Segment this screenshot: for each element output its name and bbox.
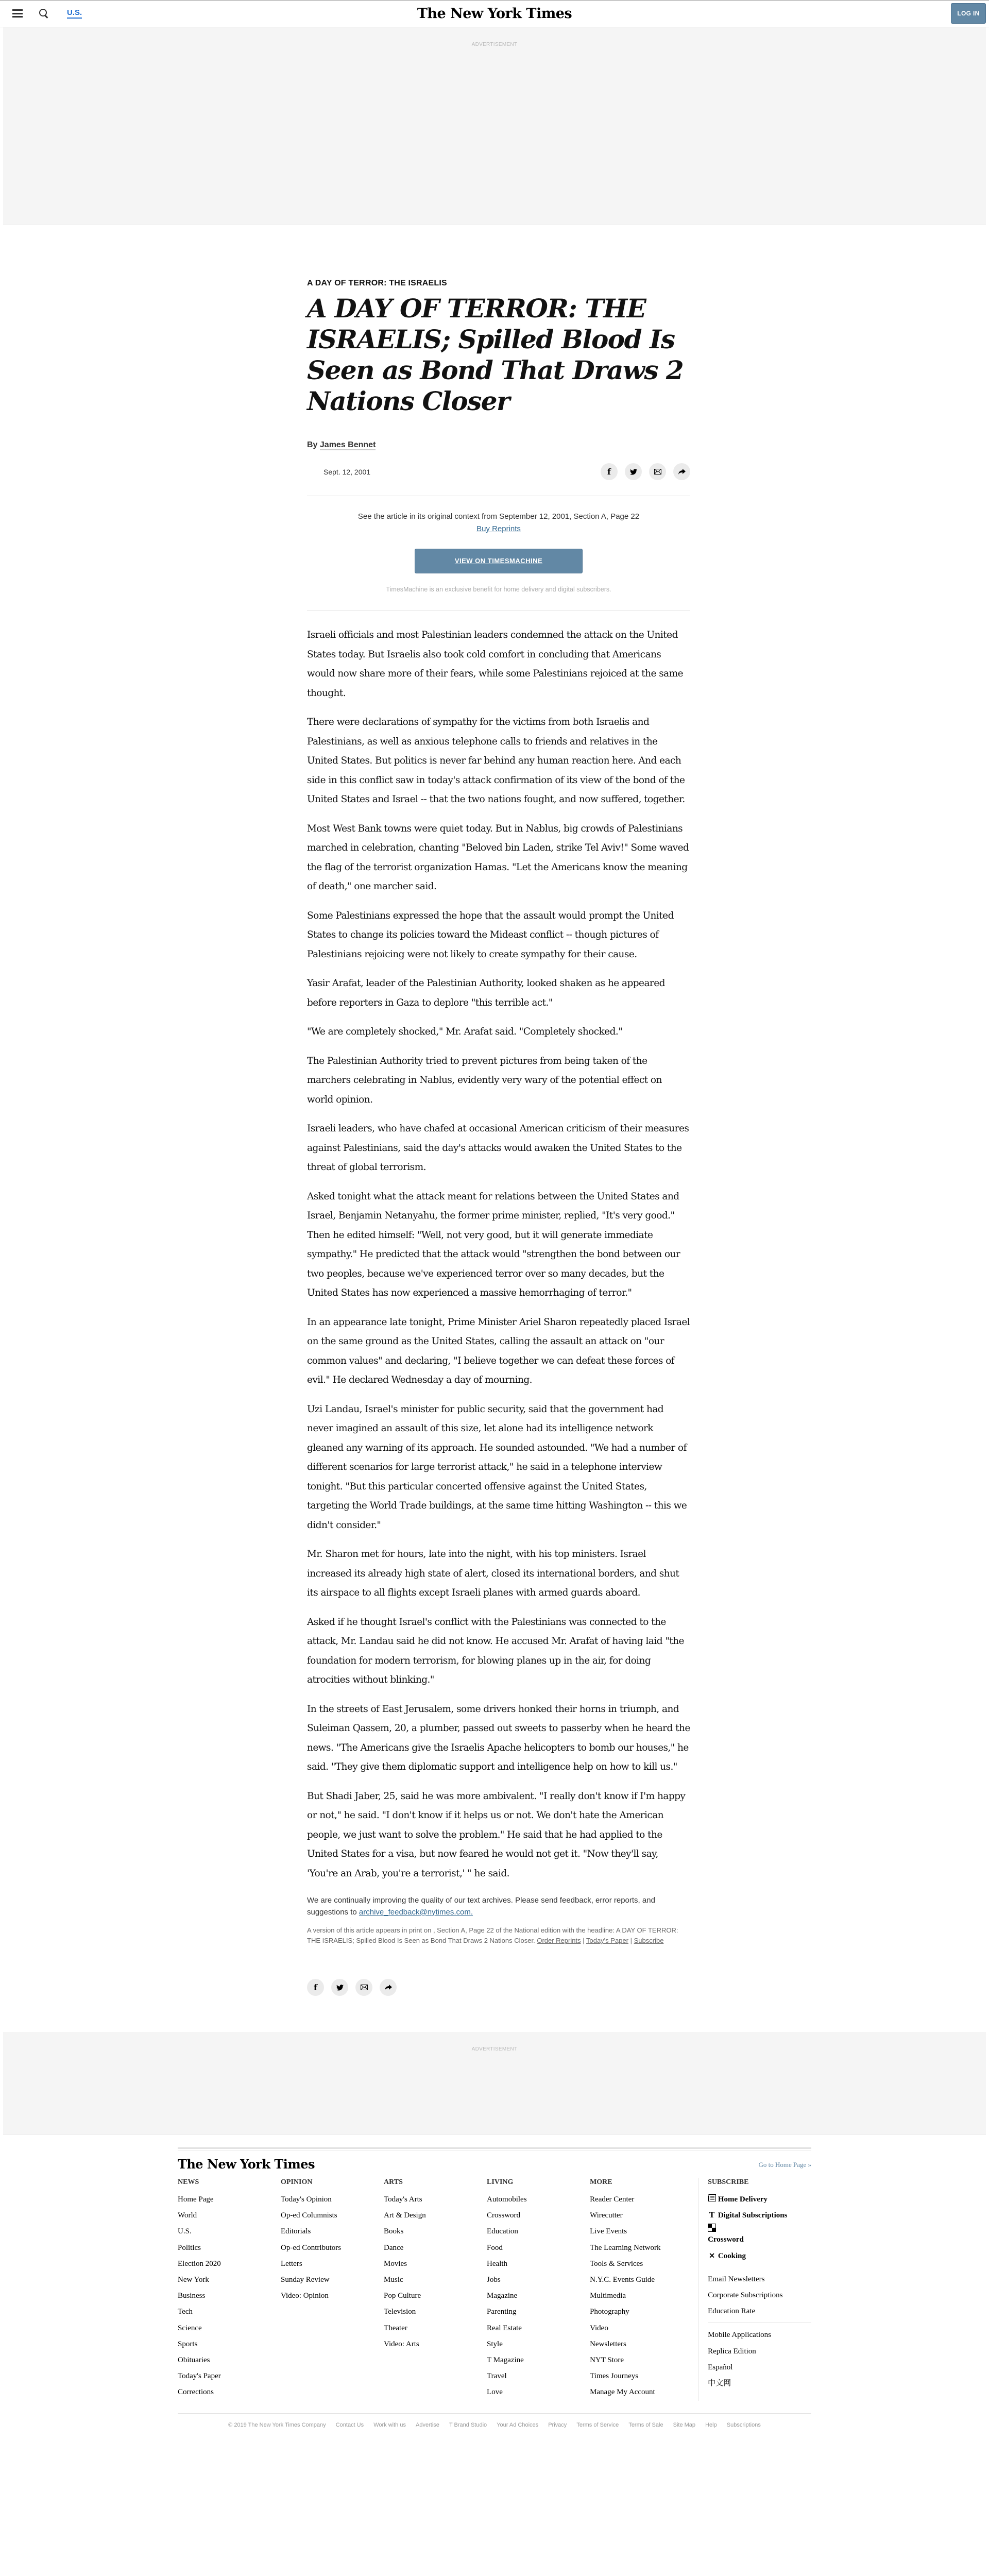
footer-bottom-link[interactable]: Your Ad Choices <box>497 2422 538 2428</box>
footer-bottom-bar: © 2019 The New York Times Company Contac… <box>178 2413 811 2449</box>
section-link-us[interactable]: U.S. <box>67 8 82 19</box>
archive-feedback: We are continually improving the quality… <box>307 1894 690 1918</box>
top-advertisement: ADVERTISEMENT <box>3 27 986 225</box>
divider <box>307 496 690 496</box>
footer-link[interactable]: Business <box>178 2288 281 2304</box>
footer-link[interactable]: Live Events <box>590 2224 693 2240</box>
footer-link[interactable]: Health <box>487 2256 590 2272</box>
paragraph: Some Palestinians expressed the hope tha… <box>307 906 690 964</box>
footer-link[interactable]: Jobs <box>487 2272 590 2288</box>
footer-column-subscribe: SUBSCRIBE Home Delivery T Digital Subscr… <box>698 2178 811 2401</box>
paragraph: "We are completely shocked," Mr. Arafat … <box>307 1022 690 1042</box>
footer-columns: NEWS Home Page World U.S. Politics Elect… <box>178 2178 811 2401</box>
email-icon[interactable] <box>355 1979 372 1996</box>
footer-column-title: MORE <box>590 2178 693 2187</box>
nyt-logo[interactable]: The New York Times <box>417 6 572 22</box>
footer-rule <box>178 2147 811 2149</box>
site-footer: The New York Times Go to Home Page » NEW… <box>178 2147 811 2449</box>
digital-subscriptions-link[interactable]: T Digital Subscriptions <box>708 2208 811 2224</box>
todays-paper-link[interactable]: Today's Paper <box>586 1937 628 1944</box>
footer-link[interactable]: Wirecutter <box>590 2208 693 2224</box>
view-on-timesmachine-button[interactable]: VIEW ON TIMESMACHINE <box>415 549 583 573</box>
footer-bottom-link[interactable]: Contact Us <box>336 2422 364 2428</box>
footer-link[interactable]: Newsletters <box>590 2336 693 2352</box>
footer-link[interactable]: Manage My Account <box>590 2384 693 2400</box>
search-icon[interactable] <box>38 8 49 19</box>
copyright: © 2019 The New York Times Company <box>228 2422 326 2428</box>
order-reprints-link[interactable]: Order Reprints <box>537 1937 581 1944</box>
masthead: U.S. The New York Times LOG IN <box>0 1 989 27</box>
timesmachine-label: VIEW ON TIMESMACHINE <box>455 557 542 565</box>
footer-link[interactable]: Travel <box>487 2368 590 2384</box>
footer-link[interactable]: Sunday Review <box>281 2272 384 2288</box>
footer-link[interactable]: Pop Culture <box>384 2288 487 2304</box>
paragraph: Most West Bank towns were quiet today. B… <box>307 819 690 896</box>
paragraph: In the streets of East Jerusalem, some d… <box>307 1700 690 1777</box>
footer-link[interactable]: Books <box>384 2224 487 2240</box>
footer-bottom-link[interactable]: Privacy <box>548 2422 567 2428</box>
paragraph: Israeli officials and most Palestinian l… <box>307 625 690 703</box>
footer-link[interactable]: Multimedia <box>590 2288 693 2304</box>
article-meta: Sept. 12, 2001 f <box>307 463 690 480</box>
share-more-icon[interactable] <box>380 1979 397 1996</box>
publish-date: Sept. 12, 2001 <box>323 468 370 476</box>
footer-link[interactable]: Dance <box>384 2240 487 2256</box>
byline-prefix: By <box>307 440 317 449</box>
author-link[interactable]: James Bennet <box>320 440 376 450</box>
ad-label: ADVERTISEMENT <box>3 2046 986 2052</box>
footer-link[interactable]: Today's Opinion <box>281 2192 384 2208</box>
footer-link[interactable]: Music <box>384 2272 487 2288</box>
paragraph: Yasir Arafat, leader of the Palestinian … <box>307 974 690 1012</box>
email-icon[interactable] <box>649 463 666 480</box>
footer-top: The New York Times Go to Home Page » <box>178 2150 811 2178</box>
paragraph: But Shadi Jaber, 25, said he was more am… <box>307 1787 690 1884</box>
footer-column-title: OPINION <box>281 2178 384 2187</box>
ad-label: ADVERTISEMENT <box>3 42 986 47</box>
footer-link[interactable]: Theater <box>384 2320 487 2336</box>
facebook-icon[interactable]: f <box>307 1979 324 1996</box>
footer-link[interactable]: Video <box>590 2320 693 2336</box>
crossword-link[interactable]: Crossword <box>708 2224 811 2248</box>
footer-link[interactable]: Movies <box>384 2256 487 2272</box>
footer-link[interactable]: 中文网 <box>708 2376 811 2392</box>
footer-link[interactable]: Corporate Subscriptions <box>708 2287 811 2303</box>
footer-link[interactable]: Education <box>487 2224 590 2240</box>
footer-bottom-link[interactable]: Terms of Service <box>576 2422 619 2428</box>
divider <box>708 2323 811 2323</box>
footer-link[interactable]: Email Newsletters <box>708 2272 811 2287</box>
article-body: Israeli officials and most Palestinian l… <box>307 625 690 1883</box>
share-more-icon[interactable] <box>673 463 690 480</box>
footer-bottom-link[interactable]: Subscriptions <box>727 2422 761 2428</box>
footer-link[interactable]: Español <box>708 2360 811 2376</box>
footer-link[interactable]: Reader Center <box>590 2192 693 2208</box>
footer-link[interactable]: Tech <box>178 2304 281 2320</box>
utensils-icon: ✕ <box>708 2252 716 2260</box>
footer-link[interactable]: Automobiles <box>487 2192 590 2208</box>
footer-link[interactable]: Today's Paper <box>178 2368 281 2384</box>
footer-link[interactable]: Editorials <box>281 2224 384 2240</box>
footer-link[interactable]: Mobile Applications <box>708 2327 811 2343</box>
print-note: A version of this article appears in pri… <box>307 1925 690 1946</box>
footer-link[interactable]: New York <box>178 2272 281 2288</box>
nyt-t-icon: T <box>708 2212 716 2220</box>
hamburger-icon[interactable] <box>12 9 23 18</box>
footer-link[interactable]: U.S. <box>178 2224 281 2240</box>
footer-column-living: LIVING Automobiles Crossword Education F… <box>487 2178 590 2401</box>
context-text: See the article in its original context … <box>307 511 690 523</box>
footer-link[interactable]: Art & Design <box>384 2208 487 2224</box>
facebook-icon[interactable]: f <box>601 463 618 480</box>
footer-link[interactable]: The Learning Network <box>590 2240 693 2256</box>
subscribe-label: Crossword <box>708 2235 744 2244</box>
share-tools-top: f <box>601 463 690 480</box>
footer-bottom-link[interactable]: Terms of Sale <box>628 2422 663 2428</box>
footer-link[interactable]: Crossword <box>487 2208 590 2224</box>
footer-column-title: SUBSCRIBE <box>708 2178 811 2187</box>
footer-bottom-link[interactable]: T Brand Studio <box>449 2422 487 2428</box>
login-button[interactable]: LOG IN <box>951 3 986 24</box>
paragraph: Mr. Sharon met for hours, late into the … <box>307 1545 690 1603</box>
timesmachine-note: TimesMachine is an exclusive benefit for… <box>307 586 690 593</box>
footer-link[interactable]: Times Journeys <box>590 2368 693 2384</box>
footer-bottom-link[interactable]: Advertise <box>416 2422 439 2428</box>
bottom-advertisement: ADVERTISEMENT <box>3 2032 986 2135</box>
footer-link[interactable]: Magazine <box>487 2288 590 2304</box>
home-delivery-link[interactable]: Home Delivery <box>708 2192 811 2208</box>
twitter-icon[interactable] <box>625 463 642 480</box>
footer-link[interactable]: Parenting <box>487 2304 590 2320</box>
footer-nyt-logo[interactable]: The New York Times <box>178 2157 315 2172</box>
footer-link[interactable]: Tools & Services <box>590 2256 693 2272</box>
original-context: See the article in its original context … <box>307 511 690 535</box>
footer-link[interactable]: Corrections <box>178 2384 281 2400</box>
footer-link[interactable]: Science <box>178 2320 281 2336</box>
crossword-icon <box>708 2224 716 2232</box>
buy-reprints-link[interactable]: Buy Reprints <box>476 524 521 533</box>
separator: | <box>630 1937 632 1944</box>
footer-bottom-link[interactable]: Help <box>705 2422 717 2428</box>
twitter-icon[interactable] <box>331 1979 348 1996</box>
footer-link[interactable]: N.Y.C. Events Guide <box>590 2272 693 2288</box>
paragraph: Israeli leaders, who have chafed at occa… <box>307 1119 690 1177</box>
footer-link[interactable]: Replica Edition <box>708 2344 811 2360</box>
footer-link[interactable]: Op-ed Contributors <box>281 2240 384 2256</box>
masthead-left: U.S. <box>12 8 82 19</box>
subscribe-label: Digital Subscriptions <box>718 2211 788 2219</box>
footer-link[interactable]: Politics <box>178 2240 281 2256</box>
footer-link[interactable]: Election 2020 <box>178 2256 281 2272</box>
footer-link[interactable]: Video: Arts <box>384 2336 487 2352</box>
paragraph: Asked tonight what the attack meant for … <box>307 1187 690 1303</box>
footer-link[interactable]: World <box>178 2208 281 2224</box>
separator: | <box>583 1937 584 1944</box>
footer-bottom-link[interactable]: Work with us <box>373 2422 406 2428</box>
share-tools-bottom: f <box>307 1979 690 1996</box>
article: A DAY OF TERROR: THE ISRAELIS A DAY OF T… <box>299 279 690 1996</box>
subscribe-link[interactable]: Subscribe <box>634 1937 664 1944</box>
paragraph: In an appearance late tonight, Prime Min… <box>307 1313 690 1390</box>
paragraph: Asked if he thought Israel's conflict wi… <box>307 1613 690 1690</box>
go-to-home-page-link[interactable]: Go to Home Page » <box>758 2161 811 2169</box>
footer-column-title: ARTS <box>384 2178 487 2187</box>
byline: By James Bennet <box>307 440 690 450</box>
footer-link[interactable]: Today's Arts <box>384 2192 487 2208</box>
newspaper-icon <box>708 2194 716 2202</box>
footer-link[interactable]: Home Page <box>178 2192 281 2208</box>
footer-link[interactable]: Op-ed Columnists <box>281 2208 384 2224</box>
footer-link[interactable]: Photography <box>590 2304 693 2320</box>
paragraph: The Palestinian Authority tried to preve… <box>307 1052 690 1110</box>
article-kicker: A DAY OF TERROR: THE ISRAELIS <box>307 279 690 288</box>
subscribe-label: Home Delivery <box>718 2195 768 2204</box>
footer-link[interactable]: Style <box>487 2336 590 2352</box>
footer-link[interactable]: Education Rate <box>708 2303 811 2319</box>
footer-link[interactable]: Love <box>487 2384 590 2400</box>
footer-link[interactable]: Video: Opinion <box>281 2288 384 2304</box>
footer-link[interactable]: Real Estate <box>487 2320 590 2336</box>
cooking-link[interactable]: ✕ Cooking <box>708 2248 811 2264</box>
footer-column-news: NEWS Home Page World U.S. Politics Elect… <box>178 2178 281 2401</box>
subscribe-label: Cooking <box>718 2252 746 2260</box>
footer-column-title: LIVING <box>487 2178 590 2187</box>
footer-column-title: NEWS <box>178 2178 281 2187</box>
divider <box>307 611 690 611</box>
footer-column-more: MORE Reader Center Wirecutter Live Event… <box>590 2178 693 2401</box>
footer-link[interactable]: Letters <box>281 2256 384 2272</box>
footer-link[interactable]: T Magazine <box>487 2352 590 2368</box>
feedback-email-link[interactable]: archive_feedback@nytimes.com. <box>359 1908 473 1917</box>
footer-link[interactable]: Sports <box>178 2336 281 2352</box>
footer-column-arts: ARTS Today's Arts Art & Design Books Dan… <box>384 2178 487 2401</box>
paragraph: There were declarations of sympathy for … <box>307 713 690 809</box>
footer-link[interactable]: Food <box>487 2240 590 2256</box>
article-headline: A DAY OF TERROR: THE ISRAELIS; Spilled B… <box>307 293 688 417</box>
footer-column-opinion: OPINION Today's Opinion Op-ed Columnists… <box>281 2178 384 2401</box>
footer-link[interactable]: NYT Store <box>590 2352 693 2368</box>
footer-link[interactable]: Television <box>384 2304 487 2320</box>
footer-link[interactable]: Obituaries <box>178 2352 281 2368</box>
footer-bottom-link[interactable]: Site Map <box>673 2422 695 2428</box>
paragraph: Uzi Landau, Israel's minister for public… <box>307 1400 690 1535</box>
